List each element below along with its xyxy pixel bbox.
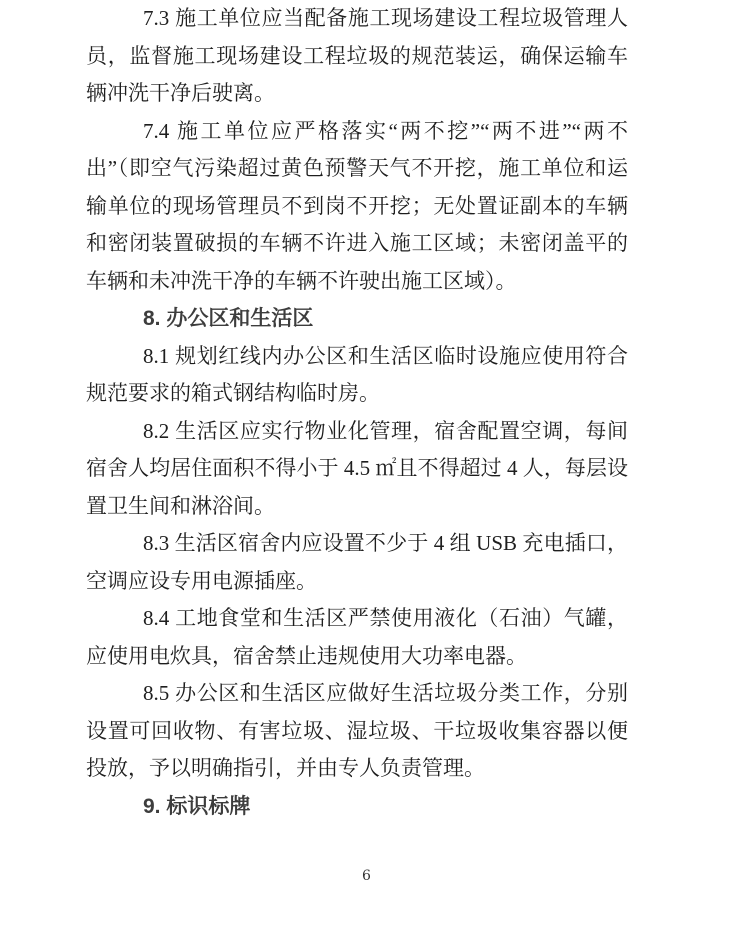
- paragraph-8-4: 8.4 工地食堂和生活区严禁使用液化（石油）气罐，应使用电炊具，宿舍禁止违规使用…: [86, 600, 628, 675]
- paragraph-8-5: 8.5 办公区和生活区应做好生活垃圾分类工作，分别设置可回收物、有害垃圾、湿垃圾…: [86, 675, 628, 788]
- page-number: 6: [0, 866, 733, 886]
- paragraph-8-3: 8.3 生活区宿舍内应设置不少于 4 组 USB 充电插口，空调应设专用电源插座…: [86, 525, 628, 600]
- section-heading-8-office-and-living-area: 8. 办公区和生活区: [86, 300, 628, 338]
- section-heading-9-signage: 9. 标识标牌: [86, 788, 628, 826]
- paragraph-7-3: 7.3 施工单位应当配备施工现场建设工程垃圾管理人员，监督施工现场建设工程垃圾的…: [86, 0, 628, 113]
- paragraph-8-2: 8.2 生活区应实行物业化管理，宿舍配置空调，每间宿舍人均居住面积不得小于 4.…: [86, 413, 628, 526]
- paragraph-8-1: 8.1 规划红线内办公区和生活区临时设施应使用符合规范要求的箱式钢结构临时房。: [86, 338, 628, 413]
- document-body: 7.3 施工单位应当配备施工现场建设工程垃圾管理人员，监督施工现场建设工程垃圾的…: [86, 0, 628, 825]
- document-page-background: { "document": { "page_number": "6", "col…: [0, 0, 733, 945]
- paragraph-7-4: 7.4 施工单位应严格落实“两不挖”“两不进”“两不出”（即空气污染超过黄色预警…: [86, 113, 628, 301]
- document-page: 7.3 施工单位应当配备施工现场建设工程垃圾管理人员，监督施工现场建设工程垃圾的…: [0, 0, 733, 945]
